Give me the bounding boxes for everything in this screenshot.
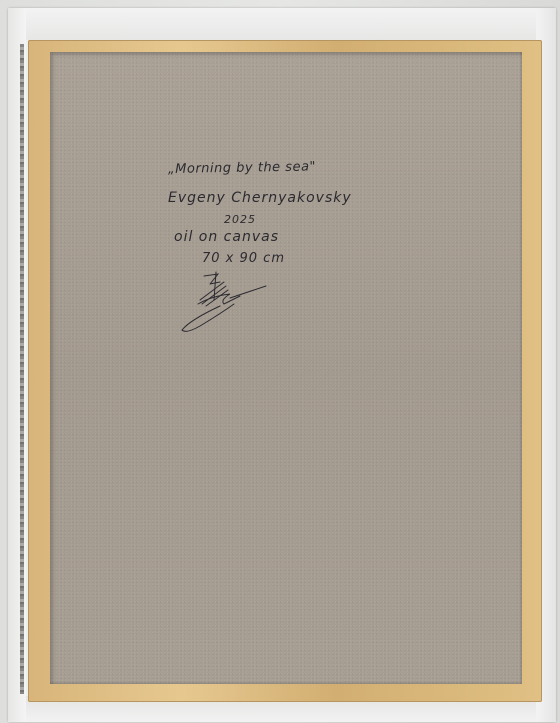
linen-back bbox=[50, 52, 522, 684]
canvas-back bbox=[8, 8, 556, 722]
painting-year: 2025 bbox=[224, 213, 256, 226]
canvas-fold-top bbox=[8, 8, 556, 40]
artist-signature-icon bbox=[180, 270, 270, 335]
painting-medium: oil on canvas bbox=[174, 229, 279, 245]
painting-title: „Morning by the sea" bbox=[168, 159, 316, 177]
painting-dimensions: 70 x 90 cm bbox=[202, 251, 285, 266]
artist-name: Evgeny Chernyakovsky bbox=[168, 190, 352, 206]
painted-edge bbox=[20, 44, 24, 694]
